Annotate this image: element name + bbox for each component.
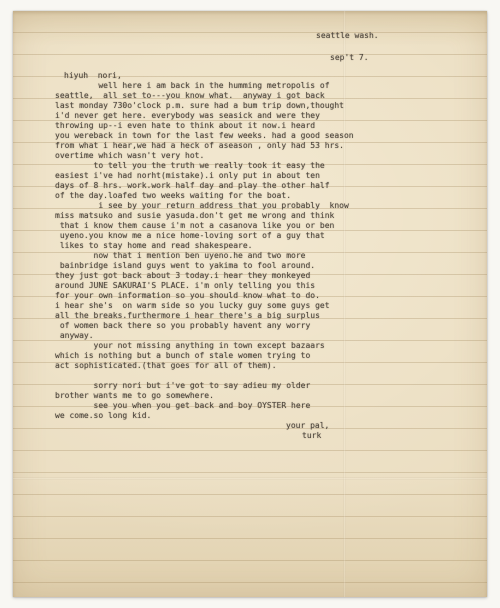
letter-paper: seattle wash. sep't 7. hiyuh nori, well …: [13, 11, 487, 597]
salutation: hiyuh nori,: [64, 71, 122, 81]
letter-body: well here i am back in the humming metro…: [55, 81, 354, 421]
closing: your pal,: [286, 421, 329, 431]
paper-crease-horizontal: [13, 477, 487, 480]
signature: turk: [302, 431, 321, 441]
dateline-location: seattle wash.: [316, 31, 379, 41]
scanned-letter-photo: { "letter": { "dateline_location": "seat…: [0, 0, 500, 608]
dateline-date: sep't 7.: [330, 53, 369, 63]
